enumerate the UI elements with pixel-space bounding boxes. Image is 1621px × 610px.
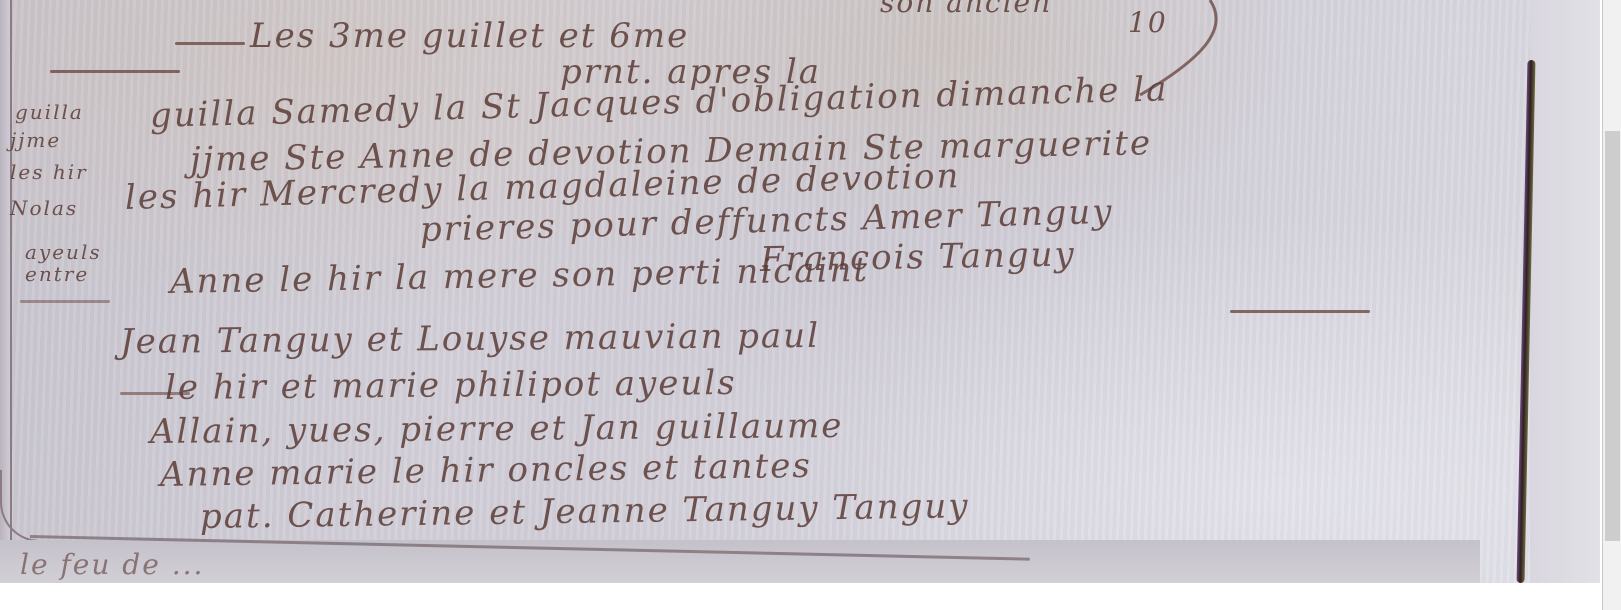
margin-note: entre [25, 262, 89, 286]
vertical-scrollbar[interactable] [1602, 0, 1621, 610]
margin-note: jjme [10, 128, 61, 152]
margin-note: les hir [10, 160, 88, 184]
margin-note: ayeuls [25, 240, 102, 264]
margin-note: guilla [15, 100, 84, 124]
manuscript-image-viewport: son ancien 10 Les 3me guillet et 6me prn… [0, 0, 1600, 583]
manuscript-page-photo: son ancien 10 Les 3me guillet et 6me prn… [0, 0, 1600, 583]
lower-page-leaf [0, 540, 1480, 583]
manuscript-line-14: le feu de ... [20, 548, 204, 581]
manuscript-line-13: pat. Catherine et Jeanne Tanguy Tanguy [200, 486, 970, 537]
underline-flourish [1230, 310, 1370, 313]
rule-line [20, 300, 110, 303]
manuscript-line-9: Jean Tanguy et Louyse mauvian paul [120, 316, 820, 362]
margin-note: Nolas [10, 196, 78, 220]
manuscript-line-12: Anne marie le hir oncles et tantes [160, 446, 812, 495]
manuscript-line-1: Les 3me guillet et 6me [250, 16, 689, 56]
right-page-margin [1530, 0, 1600, 583]
manuscript-line-11: Allain, yues, pierre et Jan guillaume [150, 406, 844, 452]
manuscript-line-10: le hir et marie philipot ayeuls [165, 363, 737, 408]
rule-line [175, 42, 245, 45]
left-binding-edge [0, 0, 12, 540]
manuscript-line-8: Anne le hir la mere son perti nicaint [170, 250, 870, 302]
rule-line [50, 70, 180, 73]
scrollbar-thumb[interactable] [1605, 131, 1620, 541]
top-fragment-text: son ancien [880, 0, 1052, 19]
